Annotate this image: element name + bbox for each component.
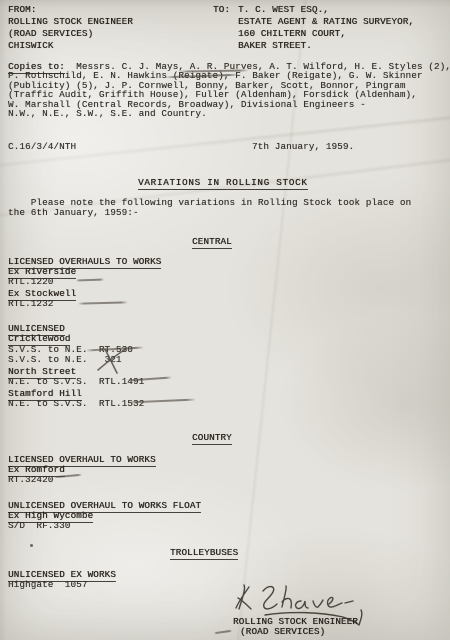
section-heading-trolleybuses-text: TROLLEYBUSES: [170, 547, 238, 560]
section-heading-country-text: COUNTRY: [192, 432, 232, 445]
copies-line: N.W., N.E., S.W., S.E. and Country.: [8, 109, 207, 119]
from-label: FROM:: [8, 5, 36, 15]
stock-entry: N.E. to S.V.S. RTL.1491: [8, 377, 144, 387]
section-heading-central-text: CENTRAL: [192, 236, 232, 249]
stock-entry: RTL.1220: [8, 277, 53, 287]
pencil-dash: [78, 301, 128, 304]
stock-entry: N.E. to S.V.S. RTL.1532: [8, 399, 144, 409]
signature-name: K Shave: [0, 0, 1, 1]
garage-heading: Cricklewood: [8, 334, 70, 344]
section-heading-trolleybuses: TROLLEYBUSES: [170, 548, 238, 558]
intro-line: the 6th January, 1959:-: [8, 208, 139, 218]
from-line: CHISWICK: [8, 41, 53, 51]
document-title: VARIATIONS IN ROLLING STOCK: [138, 178, 308, 188]
signatory-role: (ROAD SERVICES): [240, 627, 325, 637]
from-line: (ROAD SERVICES): [8, 29, 93, 39]
stock-entry: S.V.S. to N.E. 321: [8, 355, 122, 365]
stock-entry: RTL.1232: [8, 299, 53, 309]
document-title-text: VARIATIONS IN ROLLING STOCK: [138, 177, 308, 190]
stock-entry: S/D RF.330: [8, 521, 70, 531]
to-line: BAKER STREET.: [238, 41, 312, 51]
document-page: FROM: ROLLING STOCK ENGINEER (ROAD SERVI…: [0, 0, 450, 640]
pencil-dash: [214, 630, 232, 634]
stock-entry: RT.32420: [8, 475, 53, 485]
to-line: T. C. WEST ESQ.,: [238, 5, 329, 15]
section-heading-country: COUNTRY: [192, 433, 232, 443]
stock-entry: Highgate 1057: [8, 580, 88, 590]
reference-number: C.16/3/4/NTH: [8, 142, 76, 152]
to-label: TO:: [213, 5, 230, 15]
section-heading-central: CENTRAL: [192, 237, 232, 247]
from-line: ROLLING STOCK ENGINEER: [8, 17, 133, 27]
pencil-dash: [76, 279, 104, 282]
to-line: ESTATE AGENT & RATING SURVEYOR,: [238, 17, 414, 27]
document-date: 7th January, 1959.: [252, 142, 354, 152]
to-line: 160 CHILTERN COURT,: [238, 29, 346, 39]
pencil-dot: [30, 544, 33, 547]
